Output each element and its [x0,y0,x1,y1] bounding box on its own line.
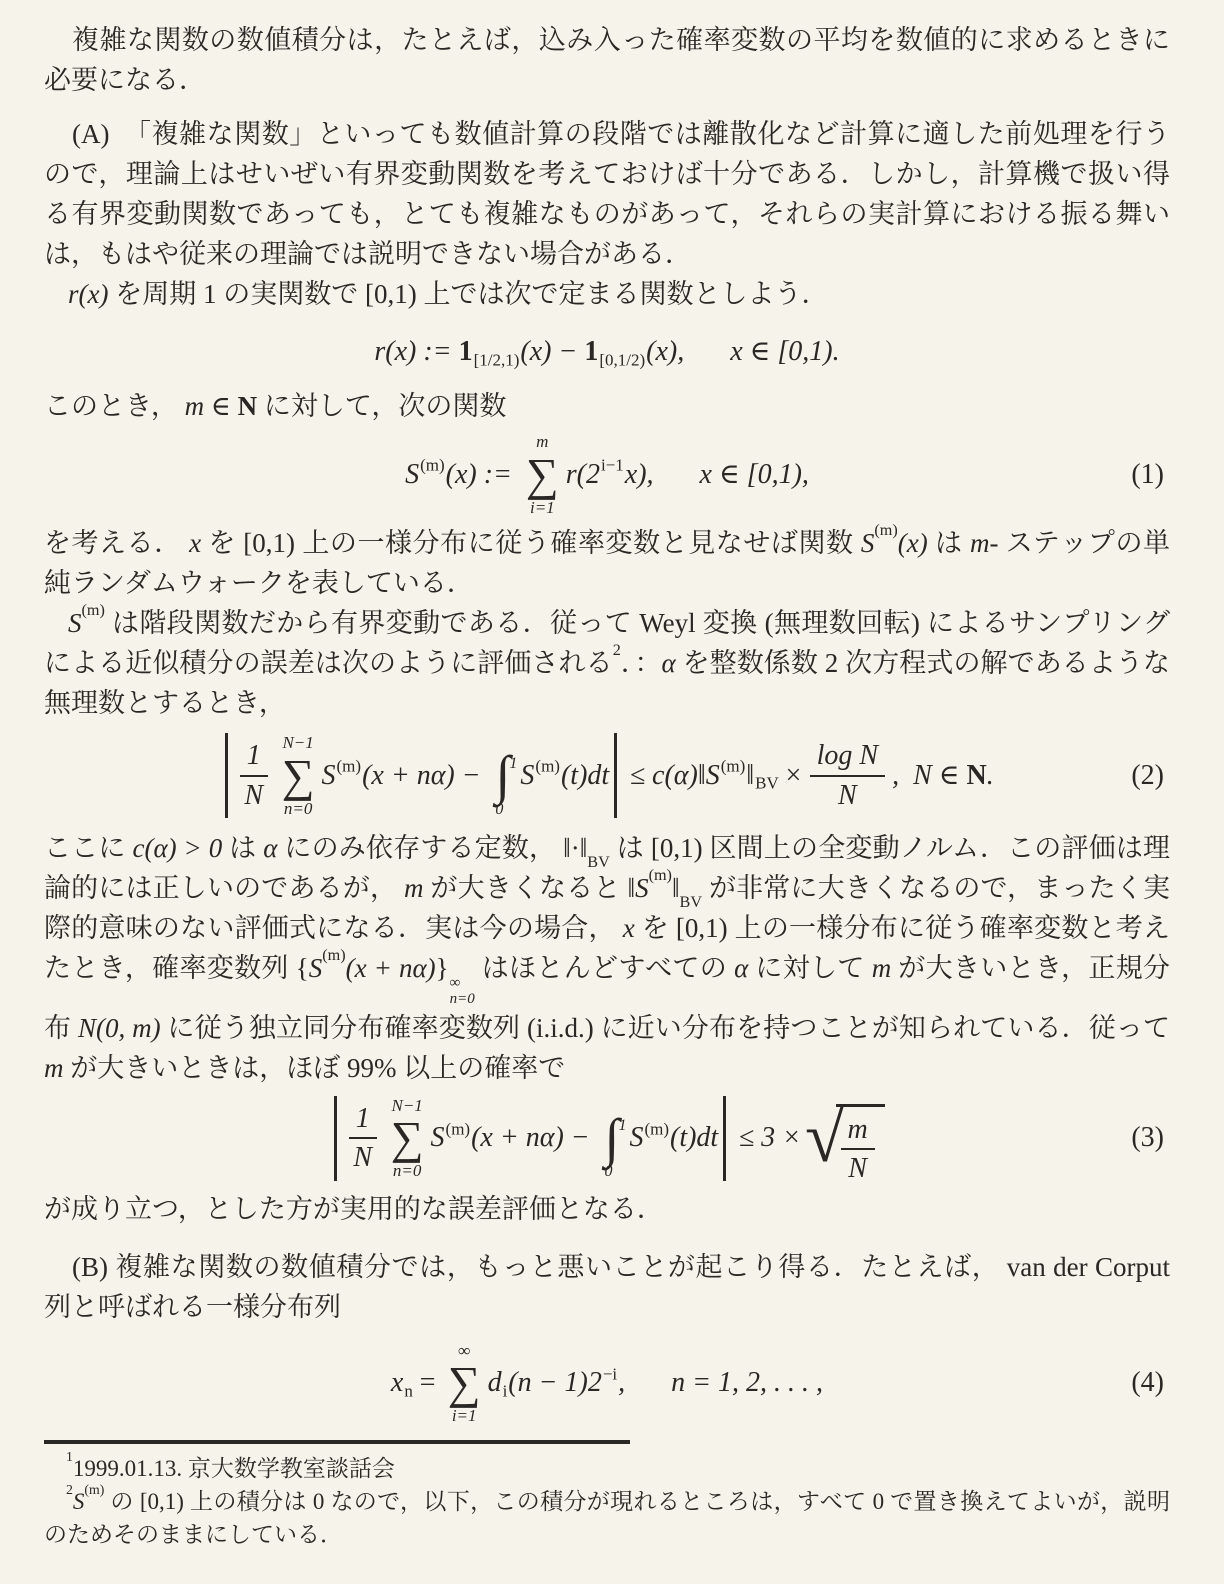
equation-2-number: (2) [1131,756,1164,796]
error-bound-discussion: ここに c(α) > 0 は α にのみ依存する定数， ‖·‖BV は [0,1… [44,828,1170,1088]
footnotes-section: 11999.01.13. 京大数学教室談話会 2S(m) の [0,1) 上の積… [44,1440,1170,1551]
next-function-intro: このとき， m ∈ N に対して，次の関数 [44,386,1170,426]
equation-4: xn=∞∑i=1di(n − 1)2−i,n = 1, 2, . . . , (… [44,1341,1170,1426]
paragraph-B: (B) 複雑な関数の数値積分では，もっと悪いことが起こり得る．たとえば， van… [44,1247,1170,1327]
random-walk-paragraph: を考える． x を [0,1) 上の一様分布に従う確率変数と見なせば関数 S(m… [44,523,1170,603]
r-definition-intro: r(x) を周期 1 の実関数で [0,1) 上では次で定まる関数としよう． [44,274,1170,314]
equation-r-definition-body: r(x) := 1[1/2,1)(x) − 1[0,1/2)(x),x ∈ [0… [374,332,839,372]
equation-1-number: (1) [1131,455,1164,495]
footnote-2: 2S(m) の [0,1) 上の積分は 0 なので，以下，この積分が現れるところ… [44,1485,1170,1551]
weyl-sampling-paragraph: S(m) は階段関数だから有界変動である．従って Weyl 変換 (無理数回転)… [44,603,1170,723]
equation-1-body: S(m)(x) := m∑i=1r(2i−1x),x ∈ [0,1), [405,432,809,517]
equation-2: 1NN−1∑n=0S(m)(x + nα) − ∫10S(m)(t)dt≤ c(… [44,733,1170,818]
equation-r-definition: r(x) := 1[1/2,1)(x) − 1[0,1/2)(x),x ∈ [0… [44,326,1170,378]
practical-bound-conclusion: が成り立つ，とした方が実用的な誤差評価となる． [44,1189,1170,1229]
scanned-page: 複雑な関数の数値積分は，たとえば，込み入った確率変数の平均を数値的に求めるときに… [0,0,1224,1584]
equation-1: S(m)(x) := m∑i=1r(2i−1x),x ∈ [0,1), (1) [44,432,1170,517]
equation-4-body: xn=∞∑i=1di(n − 1)2−i,n = 1, 2, . . . , [391,1341,823,1426]
equation-3-body: 1NN−1∑n=0S(m)(x + nα) − ∫10S(m)(t)dt≤ 3 … [329,1096,884,1181]
equation-2-body: 1NN−1∑n=0S(m)(x + nα) − ∫10S(m)(t)dt≤ c(… [220,733,994,818]
paragraph-A: (A) 「複雑な関数」といっても数値計算の段階では離散化など計算に適した前処理を… [44,114,1170,274]
footnote-1: 11999.01.13. 京大数学教室談話会 [44,1452,1170,1485]
footnote-rule [44,1440,630,1444]
equation-4-number: (4) [1131,1363,1164,1403]
intro-paragraph: 複雑な関数の数値積分は，たとえば，込み入った確率変数の平均を数値的に求めるときに… [44,20,1170,100]
equation-3: 1NN−1∑n=0S(m)(x + nα) − ∫10S(m)(t)dt≤ 3 … [44,1096,1170,1181]
equation-3-number: (3) [1131,1118,1164,1158]
